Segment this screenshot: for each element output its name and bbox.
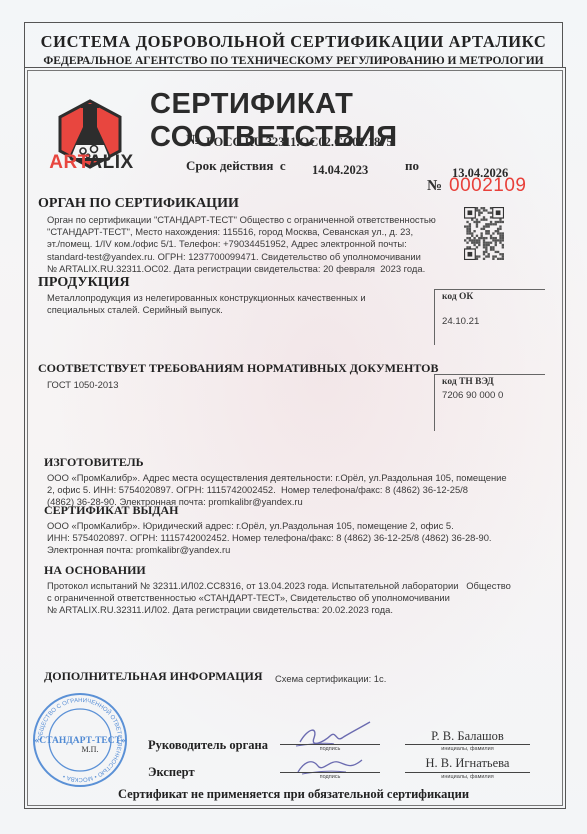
expert-label: Эксперт — [148, 765, 195, 780]
text-line: "СТАНДАРТ-ТЕСТ", Место нахождения: 11551… — [47, 226, 436, 238]
svg-text:«СТАНДАРТ-ТЕСТ»: «СТАНДАРТ-ТЕСТ» — [35, 736, 126, 746]
tnved-code-label: код ТН ВЭД — [442, 377, 545, 387]
text-line: № ARTALIX.RU.32311.ИЛ02. Дата регистраци… — [47, 604, 511, 616]
basis-title: НА ОСНОВАНИИ — [44, 563, 146, 578]
text-line: № ARTALIX.RU.32311.ОС02. Дата регистраци… — [47, 263, 436, 275]
text-line: 2, офис 5. ИНН: 5754020897. ОГРН: 111574… — [47, 484, 507, 496]
issued-to-text: ООО «ПромКалибр». Юридический адрес: г.О… — [47, 520, 492, 557]
ok-code-box: код ОК 24.10.21 — [434, 289, 545, 345]
valid-to-label: по — [405, 158, 419, 174]
tnved-code-value: 7206 90 000 0 — [442, 390, 545, 401]
tnved-code-box: код ТН ВЭД 7206 90 000 0 — [434, 374, 545, 431]
certification-body-text: Орган по сертификации "СТАНДАРТ-ТЕСТ" Об… — [47, 214, 436, 275]
text-line: ИНН: 5754020897. ОГРН: 1115742002452. Но… — [47, 532, 492, 544]
expert-signature-line — [280, 772, 380, 773]
text-line: специальных сталей. Серийный выпуск. — [47, 304, 366, 316]
head-name-caption: инициалы, фамилия — [405, 746, 530, 752]
seal-stamp-icon: ОБЩЕСТВО С ОГРАНИЧЕННОЙ ОТВЕТСТВЕННОСТЬЮ… — [30, 690, 130, 790]
footer-note: Сертификат не применяется при обязательн… — [118, 787, 469, 802]
valid-from-date: 14.04.2023 — [312, 163, 368, 178]
expert-name-line — [405, 772, 530, 773]
head-of-body-label: Руководитель органа — [148, 738, 268, 753]
logo-wordmark: ARTALIX — [44, 152, 139, 174]
head-name-line — [405, 744, 530, 745]
text-line: эт./помещ. 1/IV ком./офис 5/1. Телефон: … — [47, 238, 436, 250]
validity-label: Срок действия с — [186, 158, 286, 174]
registration-number: РОСС RU.32311.ОС02.СС01.1875 — [206, 135, 393, 150]
manufacturer-title: ИЗГОТОВИТЕЛЬ — [44, 455, 144, 470]
ok-code-value: 24.10.21 — [442, 316, 545, 327]
text-line: standard-test@yandex.ru. ОГРН: 123770009… — [47, 251, 436, 263]
text-line: с ограниченной ответственностью «СТАНДАР… — [47, 592, 511, 604]
text-line: ООО «ПромКалибр». Юридический адрес: г.О… — [47, 520, 492, 532]
system-header: СИСТЕМА ДОБРОВОЛЬНОЙ СЕРТИФИКАЦИИ АРТАЛИ… — [24, 22, 563, 68]
expert-signature-caption: подпись — [280, 774, 380, 780]
product-text: Металлопродукция из нелегированных конст… — [47, 292, 366, 316]
text-line: Протокол испытаний № 32311.ИЛ02.СС8316, … — [47, 580, 511, 592]
expert-name: Н. В. Игнатьева — [405, 756, 530, 771]
number-sign: № — [186, 133, 200, 149]
product-title: ПРОДУКЦИЯ — [38, 275, 130, 291]
text-line: ООО «ПромКалибр». Адрес места осуществле… — [47, 472, 507, 484]
agency-subtitle: ФЕДЕРАЛЬНОЕ АГЕНТСТВО ПО ТЕХНИЧЕСКОМУ РЕ… — [25, 55, 562, 67]
additional-info-title: ДОПОЛНИТЕЛЬНАЯ ИНФОРМАЦИЯ — [44, 669, 263, 684]
system-title: СИСТЕМА ДОБРОВОЛЬНОЙ СЕРТИФИКАЦИИ АРТАЛИ… — [25, 32, 562, 52]
ok-code-label: код ОК — [442, 292, 545, 302]
text-line: ГОСТ 1050-2013 — [47, 379, 118, 391]
standards-title: СООТВЕТСТВУЕТ ТРЕБОВАНИЯМ НОРМАТИВНЫХ ДО… — [38, 361, 439, 376]
text-line: Орган по сертификации "СТАНДАРТ-ТЕСТ" Об… — [47, 214, 436, 226]
text-line: Электронная почта: promkalibr@yandex.ru — [47, 544, 492, 556]
head-name: Р. В. Балашов — [405, 729, 530, 744]
standards-text: ГОСТ 1050-2013 — [47, 379, 118, 391]
svg-text:М.П.: М.П. — [82, 745, 99, 754]
qr-code-icon[interactable] — [464, 207, 504, 260]
certification-body-title: ОРГАН ПО СЕРТИФИКАЦИИ — [38, 196, 239, 212]
serial-number-sign: № — [427, 178, 442, 195]
additional-info-text: Схема сертификации: 1с. — [275, 673, 386, 685]
issued-to-title: СЕРТИФИКАТ ВЫДАН — [44, 503, 178, 518]
expert-name-caption: инициалы, фамилия — [405, 774, 530, 780]
basis-text: Протокол испытаний № 32311.ИЛ02.СС8316, … — [47, 580, 511, 617]
text-line: Металлопродукция из нелегированных конст… — [47, 292, 366, 304]
serial-number: 0002109 — [449, 175, 526, 197]
head-signature-line — [280, 744, 380, 745]
